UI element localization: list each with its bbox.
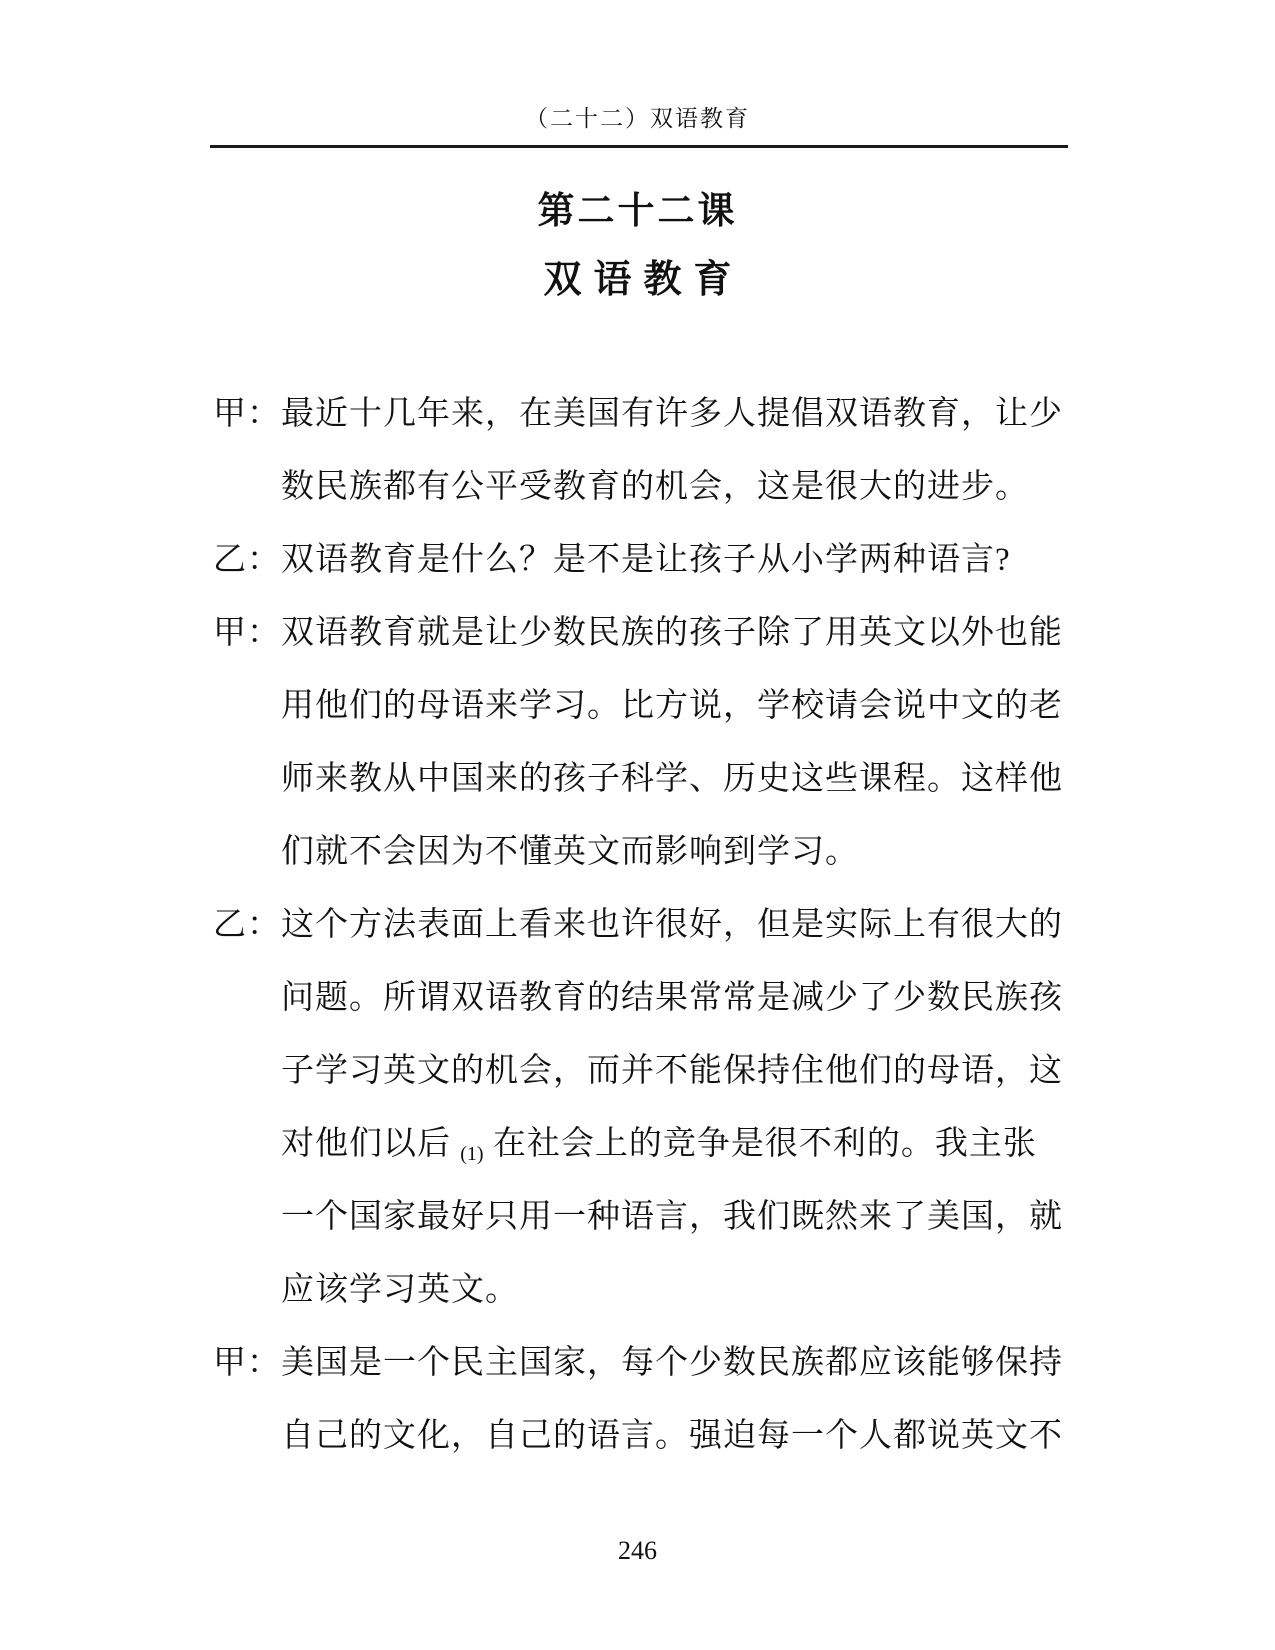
dialogue-paragraph: 乙：这个方法表面上看来也许很好，但是实际上有很大的 问题。所谓双语教育的结果常常… — [213, 889, 1073, 1327]
dialogue-line: 乙：这个方法表面上看来也许很好，但是实际上有很大的 — [213, 889, 1073, 962]
dialogue-line: 一个国家最好只用一种语言，我们既然来了美国，就 — [213, 1181, 1073, 1254]
dialogue-line: 子学习英文的机会，而并不能保持住他们的母语，这 — [213, 1035, 1073, 1108]
dialogue-line-text: 问题。所谓双语教育的结果常常是减少了少数民族孩 — [281, 980, 1063, 1016]
dialogue-line: 数民族都有公平受教育的机会，这是很大的进步。 — [213, 451, 1073, 524]
speaker-label: 乙： — [213, 889, 281, 962]
dialogue-line-text: 们就不会因为不懂英文而影响到学习。 — [281, 834, 859, 870]
dialogue-line-text: 一个国家最好只用一种语言，我们既然来了美国，就 — [281, 1199, 1063, 1235]
dialogue-line-text: 这个方法表面上看来也许很好，但是实际上有很大的 — [281, 907, 1063, 943]
dialogue-paragraph: 乙：双语教育是什么？是不是让孩子从小学两种语言? — [213, 524, 1073, 597]
dialogue-line: 问题。所谓双语教育的结果常常是减少了少数民族孩 — [213, 962, 1073, 1035]
lesson-title-heading: 双语教育 — [0, 248, 1275, 303]
page-number: 246 — [0, 1536, 1275, 1566]
speaker-label: 甲： — [213, 378, 281, 451]
dialogue-line-text: 数民族都有公平受教育的机会，这是很大的进步。 — [281, 469, 1029, 505]
header-rule — [210, 145, 1068, 148]
dialogue-line: 师来教从中国来的孩子科学、历史这些课程。这样他 — [213, 743, 1073, 816]
dialogue-line-text: 美国是一个民主国家，每个少数民族都应该能够保持 — [281, 1345, 1063, 1381]
dialogue-line: 们就不会因为不懂英文而影响到学习。 — [213, 816, 1073, 889]
dialogue-paragraph: 甲：双语教育就是让少数民族的孩子除了用英文以外也能 用他们的母语来学习。比方说，… — [213, 597, 1073, 889]
dialogue-line: 甲：美国是一个民主国家，每个少数民族都应该能够保持 — [213, 1327, 1073, 1400]
dialogue-paragraph: 甲：美国是一个民主国家，每个少数民族都应该能够保持 自己的文化，自己的语言。强迫… — [213, 1327, 1073, 1473]
footnote-marker: (1) — [460, 1143, 483, 1165]
dialogue-body: 甲：最近十几年来，在美国有许多人提倡双语教育，让少 数民族都有公平受教育的机会，… — [213, 378, 1073, 1473]
dialogue-line-text: 自己的文化，自己的语言。强迫每一个人都说英文不 — [281, 1418, 1063, 1454]
dialogue-line: 甲：双语教育就是让少数民族的孩子除了用英文以外也能 — [213, 597, 1073, 670]
dialogue-line-text: 对他们以后 — [281, 1126, 460, 1162]
dialogue-line-text: 子学习英文的机会，而并不能保持住他们的母语，这 — [281, 1053, 1063, 1089]
dialogue-line: 用他们的母语来学习。比方说，学校请会说中文的老 — [213, 670, 1073, 743]
dialogue-line: 应该学习英文。 — [213, 1254, 1073, 1327]
dialogue-line: 乙：双语教育是什么？是不是让孩子从小学两种语言? — [213, 524, 1073, 597]
dialogue-line: 甲：最近十几年来，在美国有许多人提倡双语教育，让少 — [213, 378, 1073, 451]
running-header: （二十二）双语教育 — [0, 100, 1275, 133]
dialogue-line-text: 在社会上的竞争是很不利的。我主张 — [484, 1126, 1037, 1162]
dialogue-line-text: 双语教育就是让少数民族的孩子除了用英文以外也能 — [281, 615, 1063, 651]
speaker-label: 甲： — [213, 597, 281, 670]
dialogue-line: 自己的文化，自己的语言。强迫每一个人都说英文不 — [213, 1400, 1073, 1473]
dialogue-line-text: 用他们的母语来学习。比方说，学校请会说中文的老 — [281, 688, 1063, 724]
dialogue-line-text: 双语教育是什么？是不是让孩子从小学两种语言? — [281, 542, 1011, 578]
dialogue-line: 对他们以后 (1) 在社会上的竞争是很不利的。我主张 — [213, 1108, 1073, 1181]
lesson-number-heading: 第二十二课 — [0, 180, 1275, 234]
dialogue-line-text: 师来教从中国来的孩子科学、历史这些课程。这样他 — [281, 761, 1063, 797]
dialogue-line-text: 最近十几年来，在美国有许多人提倡双语教育，让少 — [281, 396, 1063, 432]
speaker-label: 乙： — [213, 524, 281, 597]
speaker-label: 甲： — [213, 1327, 281, 1400]
dialogue-paragraph: 甲：最近十几年来，在美国有许多人提倡双语教育，让少 数民族都有公平受教育的机会，… — [213, 378, 1073, 524]
dialogue-line-text: 应该学习英文。 — [281, 1272, 519, 1308]
